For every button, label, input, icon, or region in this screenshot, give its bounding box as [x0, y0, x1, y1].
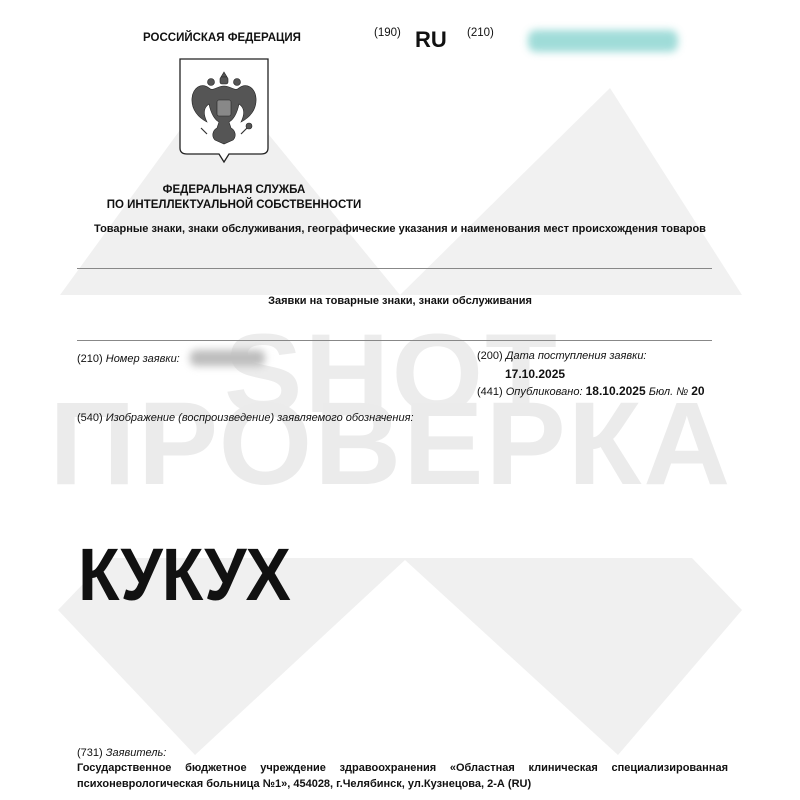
- inid-code: (441): [477, 386, 503, 398]
- agency-name: ФЕДЕРАЛЬНАЯ СЛУЖБА ПО ИНТЕЛЛЕКТУАЛЬНОЙ С…: [80, 183, 388, 213]
- divider: [77, 340, 712, 341]
- field-mark-image: (540) Изображение (воспроизведение) заяв…: [77, 412, 414, 424]
- field-label: Номер заявки:: [106, 353, 180, 365]
- watermark-proverka: ПРОВЕРКА: [49, 385, 732, 503]
- inid-code: (200): [477, 350, 503, 362]
- bulletin-label: Бюл. №: [649, 386, 688, 398]
- country-code: RU: [415, 27, 447, 53]
- inid-code-190: (190): [374, 27, 401, 39]
- agency-name-line1: ФЕДЕРАЛЬНАЯ СЛУЖБА: [80, 183, 388, 198]
- watermark: SHOT ПРОВЕРКА: [0, 0, 800, 800]
- inid-code: (540): [77, 412, 103, 424]
- field-label: Опубликовано:: [506, 386, 583, 398]
- inid-code: (210): [77, 353, 103, 365]
- document-subtitle: Товарные знаки, знаки обслуживания, геог…: [0, 223, 800, 235]
- inid-code: (731): [77, 747, 103, 759]
- field-publication: (441) Опубликовано: 18.10.2025 Бюл. № 20: [477, 384, 705, 398]
- divider: [77, 268, 712, 269]
- field-applicant: (731) Заявитель:: [77, 747, 166, 759]
- country-name: РОССИЙСКАЯ ФЕДЕРАЦИЯ: [143, 32, 301, 44]
- field-application-number: (210) Номер заявки:: [77, 353, 180, 365]
- section-title: Заявки на товарные знаки, знаки обслужив…: [0, 295, 800, 307]
- inid-code-210: (210): [467, 27, 494, 39]
- field-label: Дата поступления заявки:: [506, 350, 647, 362]
- agency-name-line2: ПО ИНТЕЛЛЕКТУАЛЬНОЙ СОБСТВЕННОСТИ: [80, 198, 388, 213]
- filing-date-value: 17.10.2025: [505, 367, 565, 381]
- russian-coat-of-arms-icon: [179, 58, 269, 166]
- field-label: Изображение (воспроизведение) заявляемог…: [106, 412, 414, 424]
- applicant-details: Государственное бюджетное учреждение здр…: [77, 760, 728, 792]
- field-filing-date: (200) Дата поступления заявки:: [477, 350, 647, 362]
- bulletin-number: 20: [691, 384, 704, 398]
- registration-number-redacted: [528, 30, 678, 52]
- application-number-redacted: [190, 350, 265, 366]
- field-label: Заявитель:: [106, 747, 167, 759]
- applicant-address: 454028, г.Челябинск, ул.Кузнецова, 2-А (…: [293, 778, 531, 790]
- trademark-word: КУКУХ: [78, 538, 290, 612]
- publication-date-value: 18.10.2025: [586, 384, 646, 398]
